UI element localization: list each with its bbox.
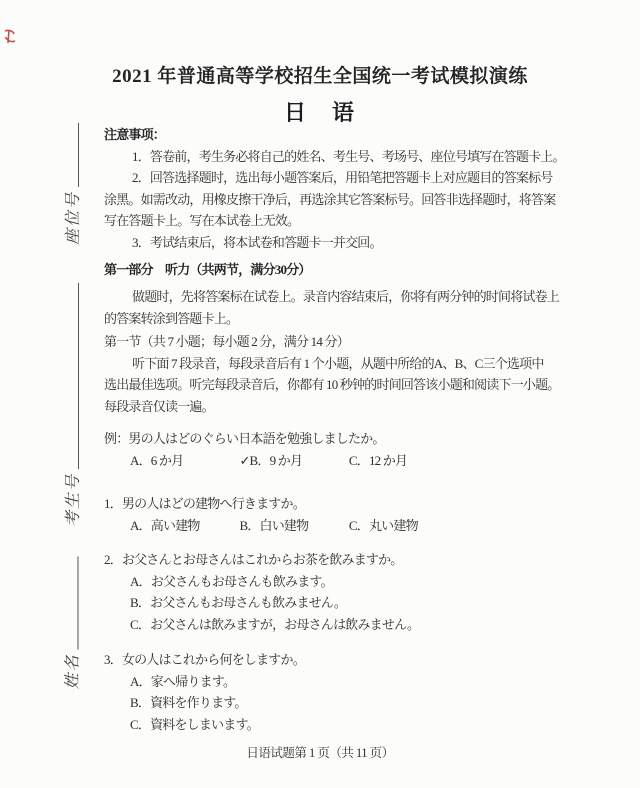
question-3-block: 3．女の人はこれから何をしますか。 A．家へ帰ります。 B．資料を作ります。 C… [104,649,570,735]
exam-title: 2021 年普通高等学校招生全国统一考试模拟演练 [0,61,640,88]
name-label: 姓名 [63,557,83,690]
question-3-option-b: B．資料を作ります。 [104,692,570,714]
question-1-option-b: B．白い建物 [239,515,346,537]
example-option-c: C．12 か月 [349,450,456,472]
question-2-block: 2．お父さんとお母さんはこれからお茶を飲みますか。 A．お父さんもお母さんも飲み… [104,549,570,635]
question-3-text: 3．女の人はこれから何をしますか。 [104,649,570,671]
section1-instruction-line-3: 每段录音仅读一遍。 [104,396,570,418]
question-2-option-a: A．お父さんもお母さんも飲みます。 [104,571,570,593]
section1-heading: 第一节（共 7 小题；每小题 2 分，满分 14 分） [104,331,570,353]
question-1-block: 1．男の人はどの建物へ行きますか。 A．高い建物 B．白い建物 C．丸い建物 [104,493,570,536]
question-1-option-c: C．丸い建物 [349,515,456,537]
candidate-number-label: 考生号 [63,283,83,527]
seat-number-text: 座位号 [60,191,83,245]
candidate-number-blank-line [74,283,79,469]
subject-title: 日 语 [0,96,640,127]
notice-line-3: 涂黑。如需改动，用橡皮擦干净后，再选涂其它答案标号。回答非选择题时，将答案 [104,189,570,211]
section1-instructions: 听下面 7 段录音，每段录音后有 1 个小题，从题中所给的A、B、C三个选项中 … [104,353,570,418]
question-2-option-c: C．お父さんは飲みますが，お母さんは飲みません。 [104,614,570,636]
section1-instruction-line-1: 听下面 7 段录音，每段录音后有 1 个小题，从题中所给的A、B、C三个选项中 [104,353,570,375]
question-3-option-a: A．家へ帰ります。 [104,671,570,693]
part1-heading: 第一部分 听力（共两节，满分30分） [104,259,570,281]
notice-line-4: 写在答题卡上。写在本试卷上无效。 [104,210,570,232]
page-footer: 日语试题第 1 页（共 11 页） [0,743,640,761]
red-stamp-mark [3,28,17,45]
question-3-option-c: C．資料をしまいます。 [104,714,570,736]
notice-line-2: 2．回答选择题时，选出每小题答案后，用铅笔把答题卡上对应题目的答案标号 [104,167,570,189]
notice-line-1: 1．答卷前，考生务必将自己的姓名、考生号、考场号、座位号填写在答题卡上。 [104,146,570,168]
question-2-option-b: B．お父さんもお母さんも飲みません。 [104,592,570,614]
example-question-block: 例：男の人はどのぐらい日本語を勉強しましたか。 A．6 か月 ✓B．9 か月 C… [104,428,570,471]
section1-instruction-line-2: 选出最佳选项。听完每段录音后，你都有 10 秒钟的时间回答该小题和阅读下一小题。 [104,374,570,396]
question-2-text: 2．お父さんとお母さんはこれからお茶を飲みますか。 [104,549,570,571]
part1-intro-line-1: 做题时，先将答案标在试卷上。录音内容结束后，你将有两分钟的时间将试卷上 [104,286,570,308]
notice-section: 注意事项： 1．答卷前，考生务必将自己的姓名、考生号、考场号、座位号填写在答题卡… [104,124,570,253]
exam-paper-page: 座位号 考生号 姓名 2021 年普通高等学校招生全国统一考试模拟演练 日 语 … [0,0,640,788]
seat-number-label: 座位号 [63,123,83,245]
notice-heading: 注意事项： [104,124,570,146]
part1-intro: 做题时，先将答案标在试卷上。录音内容结束后，你将有两分钟的时间将试卷上 的答案转… [104,286,570,329]
example-option-b-checked: ✓B．9 か月 [239,450,346,472]
example-options-row: A．6 か月 ✓B．9 か月 C．12 か月 [104,450,570,472]
example-question: 例：男の人はどのぐらい日本語を勉強しましたか。 [104,428,570,450]
example-option-a: A．6 か月 [130,450,237,472]
name-blank-line [74,557,79,650]
name-text: 姓名 [60,653,83,689]
question-1-options-row: A．高い建物 B．白い建物 C．丸い建物 [104,515,570,537]
candidate-number-text: 考生号 [60,473,83,527]
notice-line-5: 3．考试结束后，将本试卷和答题卡一并交回。 [104,232,570,254]
question-1-option-a: A．高い建物 [130,515,237,537]
seat-number-blank-line [74,123,79,187]
part1-intro-line-2: 的答案转涂到答题卡上。 [104,308,570,330]
question-1-text: 1．男の人はどの建物へ行きますか。 [104,493,570,515]
